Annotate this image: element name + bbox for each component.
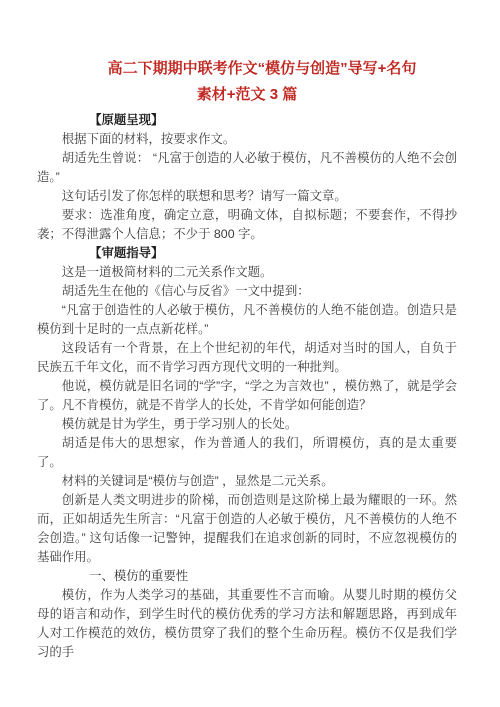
sub-heading-importance-of-imitation: 一、模仿的重要性 (37, 567, 457, 586)
paragraph: 胡适先生曾说： “凡富于创造的人必敏于模仿，凡不善模仿的人绝不会创造。” (37, 149, 457, 187)
paragraph: 这句话引发了你怎样的联想和思考？请写一篇文章。 (37, 187, 457, 206)
paragraph: 模仿，作为人类学习的基础，其重要性不言而喻。从婴儿时期的模仿父母的语言和动作，到… (37, 586, 457, 662)
section-header-topic-guidance: 【审题指导】 (37, 244, 457, 263)
paragraph: 要求：选准角度，确定立意，明确文体，自拟标题；不要套作，不得抄袭；不得泄露个人信… (37, 206, 457, 244)
paragraph: 模仿就是甘为学生，勇于学习别人的长处。 (37, 415, 457, 434)
paragraph: 材料的关键词是“模仿与创造” ，显然是二元关系。 (37, 472, 457, 491)
paragraph: 胡适先生在他的《信心与反省》一文中提到： (37, 282, 457, 301)
paragraph: 根据下面的材料，按要求作文。 (37, 130, 457, 149)
section-header-original-question: 【原题呈现】 (37, 111, 457, 130)
paragraph: 他说，模仿就是旧名词的“学”字，“学之为言效也” ，模仿熟了，就是学会了。凡不肯… (37, 377, 457, 415)
paragraph: 这段话有一个背景，在上个世纪初的年代，胡适对当时的国人，自负于民族五千年文化，而… (37, 339, 457, 377)
paragraph: 创新是人类文明进步的阶梯，而创造则是这阶梯上最为耀眼的一环。然而，正如胡适先生所… (37, 491, 457, 567)
paragraph: 这是一道极简材料的二元关系作文题。 (37, 263, 457, 282)
document-title: 高二下期期中联考作文“模仿与创造”导写+名句 素材+范文 3 篇 (37, 56, 457, 108)
paragraph: “凡富于创造性的人必敏于模仿，凡不善模仿的人绝不能创造。创造只是模仿到十足时的一… (37, 301, 457, 339)
paragraph: 胡适是伟大的思想家，作为普通人的我们，所谓模仿，真的是太重要了。 (37, 434, 457, 472)
document-page: 高二下期期中联考作文“模仿与创造”导写+名句 素材+范文 3 篇 【原题呈现】 … (0, 0, 500, 707)
